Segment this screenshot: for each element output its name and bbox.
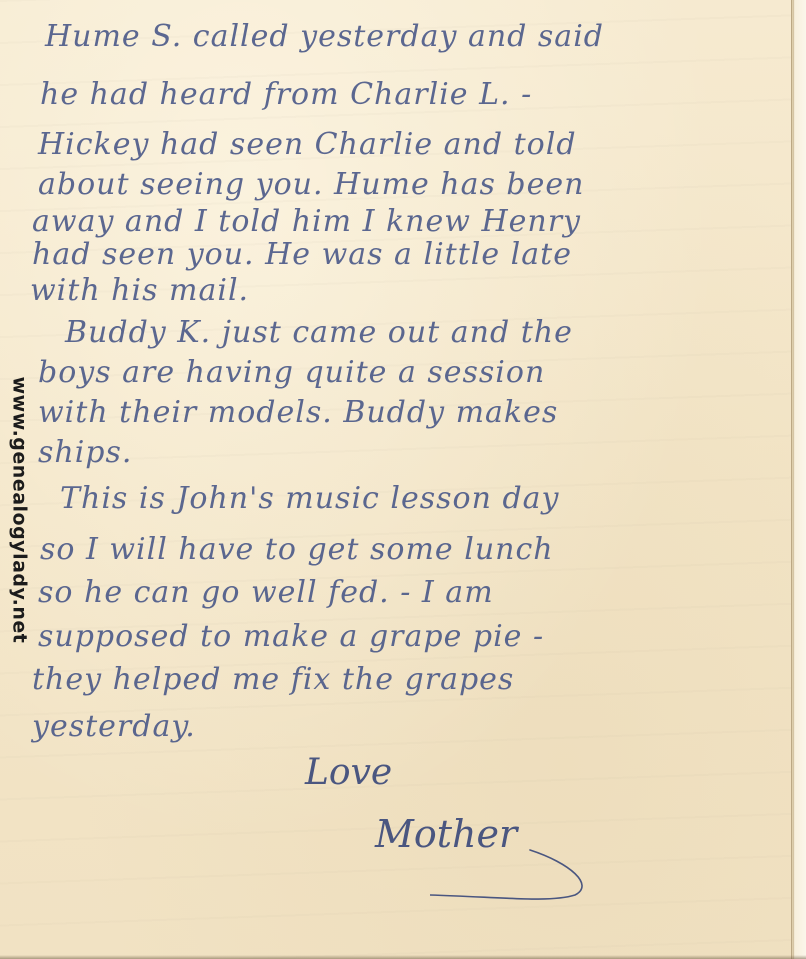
letter-line-2: he had heard from Charlie L. - [40,80,532,110]
letter-line-16: they helped me fix the grapes [32,665,514,695]
letter-line-10: with their models. Buddy makes [38,398,558,428]
closing-text: Love [305,752,392,793]
letter-line-8: Buddy K. just came out and the [65,318,573,348]
letter-page: www.genealogylady.net Hume S. called yes… [0,0,806,959]
signature-flourish-icon [430,845,590,905]
letter-line-11: ships. [38,438,132,468]
letter-line-7: with his mail. [30,276,249,306]
page-edge [791,0,806,959]
letter-line-15: supposed to make a grape pie - [38,622,544,652]
page-bottom-edge [0,955,806,959]
letter-line-3: Hickey had seen Charlie and told [38,130,577,160]
watermark: www.genealogylady.net [6,355,32,665]
letter-line-1: Hume S. called yesterday and said [45,22,604,52]
letter-line-13: so I will have to get some lunch [40,535,554,565]
letter-line-6: had seen you. He was a little late [32,240,572,270]
letter-line-5: away and I told him I knew Henry [32,207,581,237]
letter-line-17: yesterday. [32,712,196,742]
letter-line-9: boys are having quite a session [38,358,545,388]
letter-line-14: so he can go well fed. - I am [38,578,494,608]
watermark-text: www.genealogylady.net [8,377,30,644]
letter-line-12: This is John's music lesson day [60,484,560,514]
letter-line-4: about seeing you. Hume has been [38,170,584,200]
